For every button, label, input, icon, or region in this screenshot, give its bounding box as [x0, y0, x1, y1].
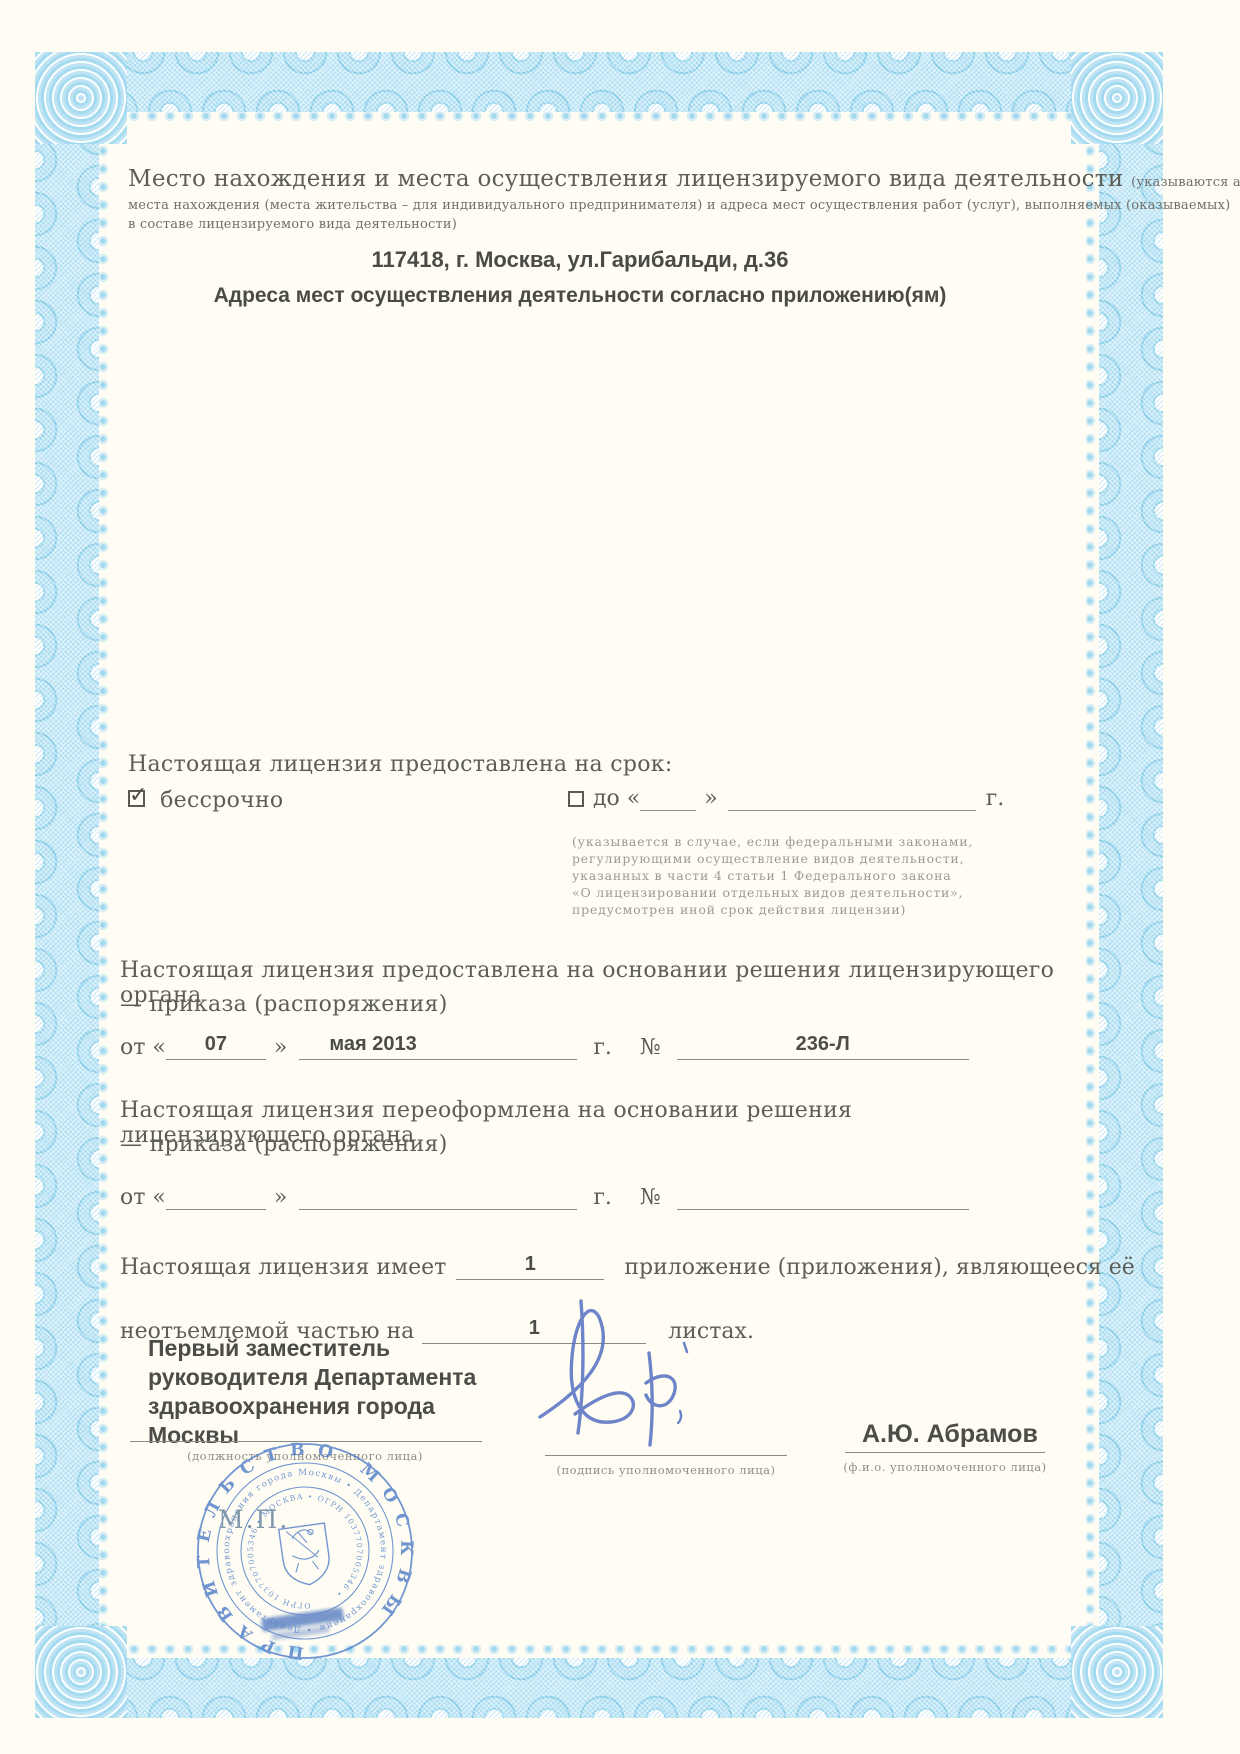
until-day-line: [640, 810, 696, 811]
signature: [520, 1295, 740, 1460]
until-footnote: (указывается в случае, если федеральными…: [572, 833, 1002, 918]
attachments-count-value: 1: [456, 1253, 604, 1276]
section-location-heading: Место нахождения и места осуществления л…: [128, 166, 1063, 232]
reissue-from-label: от «: [120, 1185, 166, 1210]
grant-month-value: мая 2013: [299, 1033, 577, 1056]
location-heading-note-inline: (указываются адрес: [1131, 175, 1240, 190]
location-heading-text: Место нахождения и места осуществления л…: [128, 166, 1131, 192]
grant-number-label: №: [640, 1035, 661, 1060]
reissue-order-row: от « » г. №: [120, 1176, 969, 1210]
license-document-page: Место нахождения и места осуществления л…: [0, 0, 1240, 1754]
grant-month-line: мая 2013: [299, 1059, 577, 1060]
grant-number-value: 236-Л: [677, 1033, 969, 1056]
signer-position: Первый заместитель руководителя Департам…: [148, 1334, 488, 1450]
grant-day-value: 07: [166, 1033, 266, 1056]
activity-addresses-note: Адреса мест осуществления деятельности с…: [115, 284, 1045, 308]
location-heading-note-line3: в составе лицензируемого вида деятельнос…: [128, 217, 1063, 232]
name-caption: (ф.и.о. уполномоченного лица): [835, 1460, 1055, 1474]
attachments-part1: Настоящая лицензия имеет: [120, 1255, 446, 1280]
signer-name: А.Ю. Абрамов: [862, 1420, 1038, 1449]
perpetual-checkbox[interactable]: ✓: [128, 790, 145, 807]
attachments-count-line: 1: [456, 1279, 604, 1280]
until-quote-close: »: [704, 786, 717, 811]
border-corner-bottom-right: [1071, 1626, 1163, 1718]
signature-caption: (подпись уполномоченного лица): [545, 1463, 787, 1477]
grant-statement-line2: — приказа (распоряжения): [120, 992, 448, 1017]
check-icon: ✓: [129, 783, 147, 808]
grant-quote-close: »: [274, 1035, 287, 1060]
reissue-day-line: [166, 1209, 266, 1210]
border-left: [35, 52, 99, 1718]
attachments-part2: приложение (приложения), являющееся её: [624, 1255, 1134, 1280]
reissue-month-line: [299, 1209, 577, 1210]
border-bottom: [35, 1658, 1163, 1718]
border-corner-top-right: [1071, 52, 1163, 144]
term-label: Настоящая лицензия предоставлена на срок…: [128, 752, 673, 777]
border-corner-bottom-left: [35, 1626, 127, 1718]
grant-number-line: 236-Л: [677, 1059, 969, 1060]
reissue-number-label: №: [640, 1185, 661, 1210]
reissue-number-line: [677, 1209, 969, 1210]
until-month-line: [728, 810, 976, 811]
reissue-year-suffix: г.: [593, 1185, 612, 1210]
official-stamp: ПРАВИТЕЛЬСТВО МОСКВЫ • Департамент здрав…: [190, 1436, 420, 1666]
perpetual-label: бессрочно: [160, 788, 283, 813]
border-right: [1099, 52, 1163, 1718]
grant-day-line: 07: [166, 1059, 266, 1060]
until-year-suffix: г.: [986, 786, 1005, 811]
border-corner-top-left: [35, 52, 127, 144]
location-heading-note-line2: места нахождения (места жительства – для…: [128, 198, 1063, 213]
reissue-quote-close: »: [274, 1185, 287, 1210]
name-line: [845, 1452, 1045, 1453]
grant-year-suffix: г.: [593, 1035, 612, 1060]
license-address: 117418, г. Москва, ул.Гарибальди, д.36: [115, 247, 1045, 273]
until-label: до «: [593, 786, 640, 811]
grant-from-label: от «: [120, 1035, 166, 1060]
perpetual-option: ✓ бессрочно: [128, 788, 283, 813]
grant-order-row: от « 07 » мая 2013 г. № 236-Л: [120, 1026, 969, 1060]
attachments-row1: Настоящая лицензия имеет 1 приложение (п…: [120, 1246, 1135, 1280]
border-top: [35, 52, 1163, 112]
until-checkbox[interactable]: [568, 791, 584, 807]
reissue-statement-line2: — приказа (распоряжения): [120, 1132, 448, 1157]
until-date-row: до « » г.: [568, 786, 1004, 811]
seal-placeholder: М.П.: [218, 1505, 289, 1534]
